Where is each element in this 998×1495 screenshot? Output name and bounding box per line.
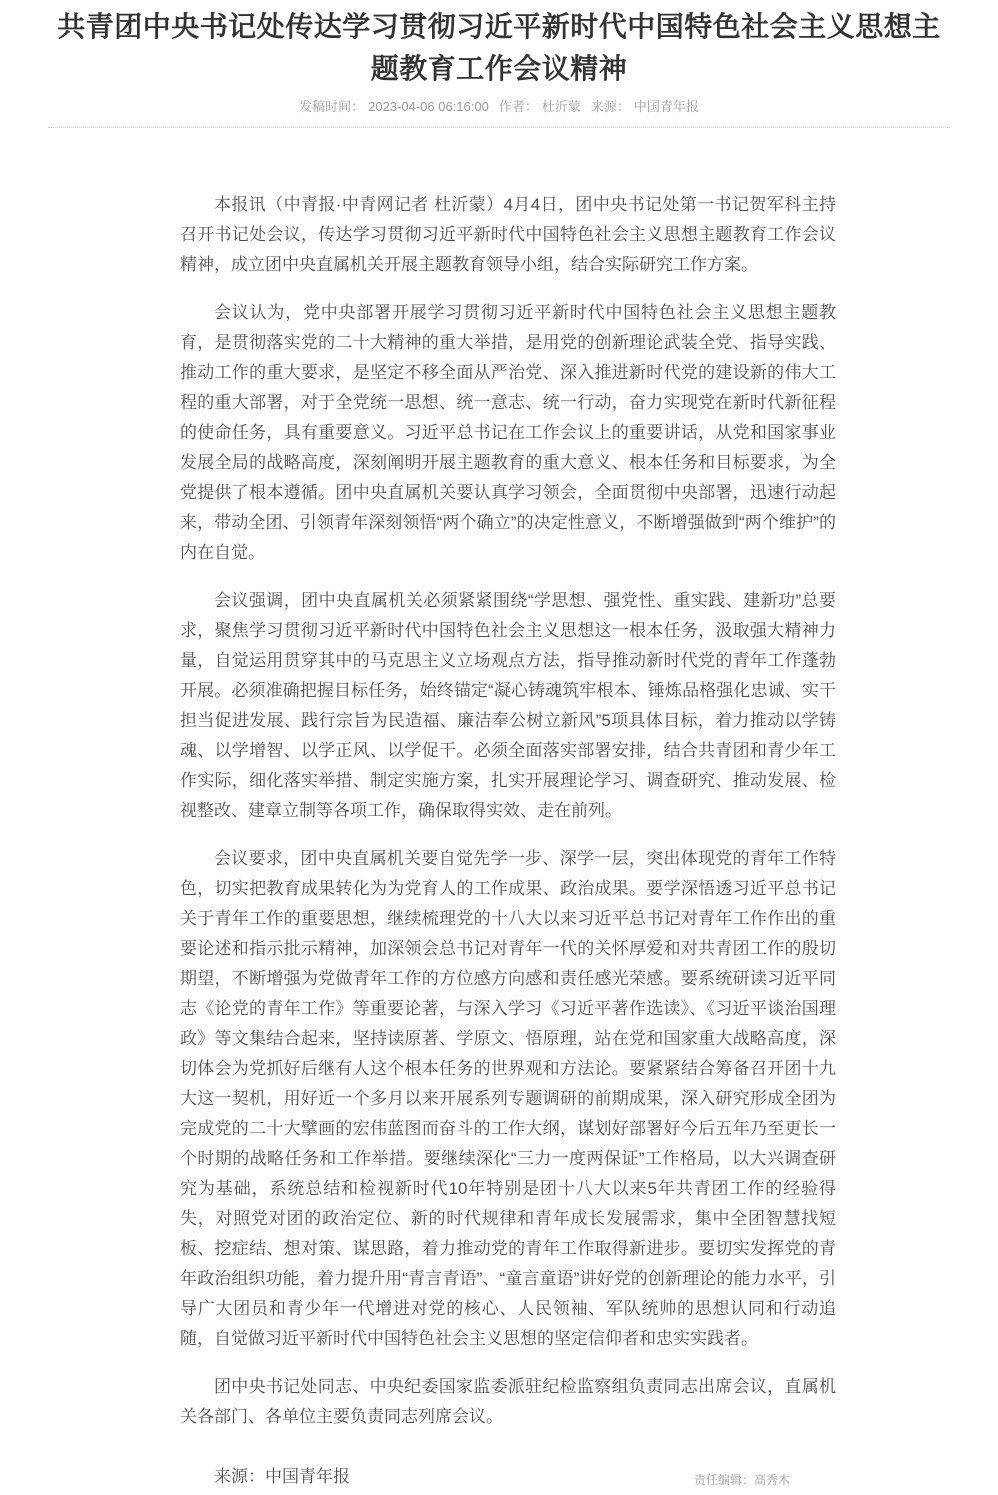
article-title: 共青团中央书记处传达学习贯彻习近平新时代中国特色社会主义思想主题教育工作会议精神 (0, 0, 998, 90)
article-body: 本报讯（中青报·中青网记者 杜沂蒙）4月4日，团中央书记处第一书记贺军科主持召开… (180, 190, 836, 1492)
paragraph-5: 团中央书记处同志、中央纪委国家监委派驻纪检监察组负责同志出席会议，直属机关各部门… (180, 1372, 836, 1432)
article-footer: 责任编辑：高秀木 (694, 1471, 790, 1488)
paragraph-1: 本报讯（中青报·中青网记者 杜沂蒙）4月4日，团中央书记处第一书记贺军科主持召开… (180, 190, 836, 280)
publish-time-value: 2023-04-06 06:16:00 (368, 99, 489, 114)
source-label: 来源： (591, 99, 630, 114)
paragraph-4: 会议要求，团中央直属机关要自觉先学一步、深学一层，突出体现党的青年工作特色，切实… (180, 844, 836, 1354)
article-meta: 发稿时间：2023-04-06 06:16:00作者：杜沂蒙来源：中国青年报 (0, 96, 998, 115)
author-label: 作者： (499, 99, 538, 114)
paragraph-2: 会议认为，党中央部署开展学习贯彻习近平新时代中国特色社会主义思想主题教育，是贯彻… (180, 298, 836, 568)
author-value: 杜沂蒙 (542, 99, 581, 114)
source-value: 中国青年报 (634, 99, 699, 114)
publish-time-label: 发稿时间： (299, 99, 364, 114)
editor-name: 高秀木 (754, 1473, 790, 1487)
dotted-divider (48, 127, 950, 128)
editor-label: 责任编辑： (694, 1473, 754, 1487)
paragraph-3: 会议强调，团中央直属机关必须紧紧围绕“学思想、强党性、重实践、建新功”总要求，聚… (180, 586, 836, 826)
